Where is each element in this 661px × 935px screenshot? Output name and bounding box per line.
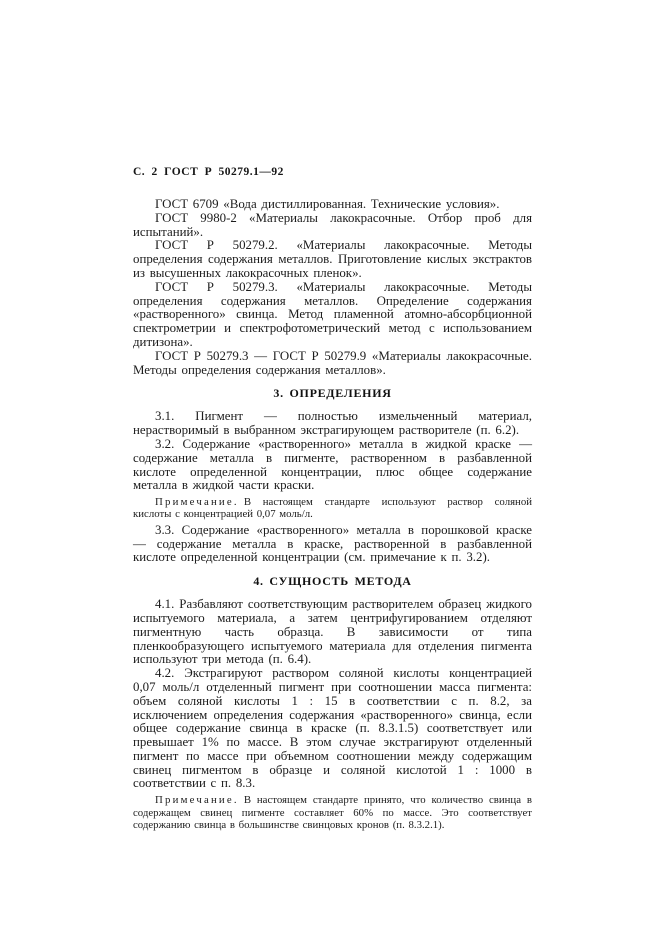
paragraph-gost-6709: ГОСТ 6709 «Вода дистиллированная. Технич… xyxy=(133,198,532,212)
paragraph-gost-9980-2: ГОСТ 9980-2 «Материалы лакокрасочные. От… xyxy=(133,212,532,240)
paragraph-3-2: 3.2. Содержание «растворенного» металла … xyxy=(133,438,532,493)
note-label: Примечание. xyxy=(155,794,239,806)
note-section-3: Примечание.В настоящем стандарте использ… xyxy=(133,496,532,521)
paragraph-3-1: 3.1. Пигмент — полностью измельченный ма… xyxy=(133,410,532,438)
note-section-4: Примечание.В настоящем стандарте принято… xyxy=(133,794,532,831)
running-head: С. 2 ГОСТ Р 50279.1—92 xyxy=(133,166,532,178)
paragraph-4-2: 4.2. Экстрагируют раствором соляной кисл… xyxy=(133,667,532,791)
paragraph-gost-r-50279-3: ГОСТ Р 50279.3. «Материалы лакокрасочные… xyxy=(133,281,532,350)
page-content: С. 2 ГОСТ Р 50279.1—92 ГОСТ 6709 «Вода д… xyxy=(133,166,532,834)
paragraph-gost-r-50279-3-9: ГОСТ Р 50279.3 — ГОСТ Р 50279.9 «Материа… xyxy=(133,350,532,378)
paragraph-3-3: 3.3. Содержание «растворенного» металла … xyxy=(133,524,532,565)
document-page: С. 2 ГОСТ Р 50279.1—92 ГОСТ 6709 «Вода д… xyxy=(0,0,661,935)
paragraph-gost-r-50279-2: ГОСТ Р 50279.2. «Материалы лакокрасочные… xyxy=(133,239,532,280)
note-label: Примечание. xyxy=(155,496,239,508)
section-3-heading: 3. ОПРЕДЕЛЕНИЯ xyxy=(133,386,532,401)
paragraph-4-1: 4.1. Разбавляют соответствующим раствори… xyxy=(133,598,532,667)
section-4-heading: 4. СУЩНОСТЬ МЕТОДА xyxy=(133,574,532,589)
